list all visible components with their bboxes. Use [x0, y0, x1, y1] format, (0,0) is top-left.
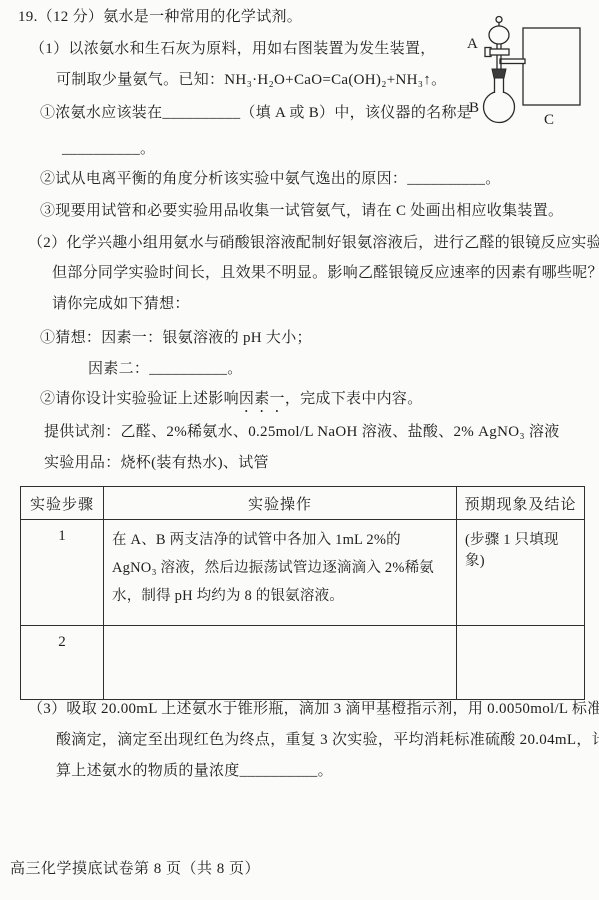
part2-intro-line1: （2）化学兴趣小组用氨水与硝酸银溶液配制好银氨溶液后，进行乙醛的银镜反应实验， [28, 234, 599, 253]
part1-item1-line1: ①浓氨水应该装在__________（填 A 或 B）中，该仪器的名称是 [40, 104, 472, 123]
part1-item1-line2-blank: __________。 [62, 140, 155, 159]
diagram-label-b: B [469, 100, 479, 116]
delivery-tube [500, 59, 525, 64]
table-row: 2 [21, 626, 585, 700]
funnel-stem-tube [497, 43, 501, 70]
operation-cell-empty [104, 626, 457, 700]
table-header-expected: 预期现象及结论 [457, 487, 585, 520]
step-number-cell: 1 [21, 520, 104, 626]
step-number-cell: 2 [21, 626, 104, 700]
part3-line2: 酸滴定，滴定至出现红色为终点，重复 3 次实验，平均消耗标准硫酸 20.04mL… [56, 731, 599, 750]
exam-page: 19.（12 分）氨水是一种常用的化学试剂。 （1）以浓氨水和生石灰为原料，用如… [0, 0, 599, 900]
part2-guess-factor2-blank: 因素二：__________。 [88, 360, 243, 379]
flask-neck-fill [495, 76, 503, 94]
part2-reagents: 提供试剂：乙醛、2%稀氨水、0.25mol/L NaOH 溶液、盐酸、2% Ag… [44, 423, 560, 442]
part2-design-prefix: ②请你设计实验验证上述影响 [40, 391, 239, 407]
experiment-table: 实验步骤 实验操作 预期现象及结论 1 在 A、B 两支洁净的试管中各加入 1m… [20, 486, 585, 700]
question-title: 19.（12 分）氨水是一种常用的化学试剂。 [18, 8, 302, 27]
table-row: 1 在 A、B 两支洁净的试管中各加入 1mL 2%的 AgNO₃ 溶液，然后边… [21, 520, 585, 626]
stopcock-valve [490, 49, 509, 55]
table-header-operation: 实验操作 [104, 487, 457, 520]
part2-intro-line2: 但部分同学实验时间长，且效果不明显。影响乙醛银镜反应速率的因素有哪些呢？ [52, 264, 599, 283]
part1-item3: ③现要用试管和必要实验用品收集一试管氨气，请在 C 处画出相应收集装置。 [40, 202, 563, 221]
part1-intro-line1: （1）以浓氨水和生石灰为原料，用如右图装置为发生装置， [30, 40, 436, 59]
diagram-label-c: C [544, 112, 554, 128]
table-header-step: 实验步骤 [21, 487, 104, 520]
rubber-stopper [492, 69, 506, 78]
page-footer: 高三化学摸底试卷第 8 页（共 8 页） [10, 857, 260, 878]
part2-design-suffix: ，完成下表中内容。 [285, 391, 423, 407]
operation-cell: 在 A、B 两支洁净的试管中各加入 1mL 2%的 AgNO₃ 溶液，然后边振荡… [104, 520, 457, 626]
part1-intro-line2-equation: 可制取少量氨气。已知：NH₃·H₂O+CaO=Ca(OH)₂+NH₃↑。 [56, 71, 446, 90]
part2-design-emphasized: 因素一 [239, 391, 285, 407]
part2-design-line: ②请你设计实验验证上述影响因素一，完成下表中内容。 [40, 390, 423, 416]
collection-box [523, 28, 580, 105]
diagram-label-a: A [467, 36, 478, 52]
dropping-funnel [489, 26, 509, 44]
part1-item2: ②试从电离平衡的角度分析该实验中氨气逸出的原因：__________。 [40, 170, 501, 189]
part3-line3-blank: 算上述氨水的物质的量浓度__________。 [56, 762, 333, 781]
table-header-row: 实验步骤 实验操作 预期现象及结论 [21, 487, 585, 520]
funnel-stopper-knob [496, 17, 502, 23]
round-bottom-flask [484, 92, 515, 123]
apparatus-diagram: A B C [456, 2, 598, 132]
expected-cell: (步骤 1 只填现象) [457, 520, 585, 626]
part2-supplies: 实验用品：烧杯(装有热水)、试管 [44, 454, 269, 473]
expected-cell-empty [457, 626, 585, 700]
part2-guess-factor1: ①猜想：因素一：银氨溶液的 pH 大小； [40, 329, 312, 348]
part2-intro-line3: 请你完成如下猜想： [52, 295, 190, 314]
part3-line1: （3）吸取 20.00mL 上述氨水于锥形瓶，滴加 3 滴甲基橙指示剂，用 0.… [28, 700, 599, 719]
